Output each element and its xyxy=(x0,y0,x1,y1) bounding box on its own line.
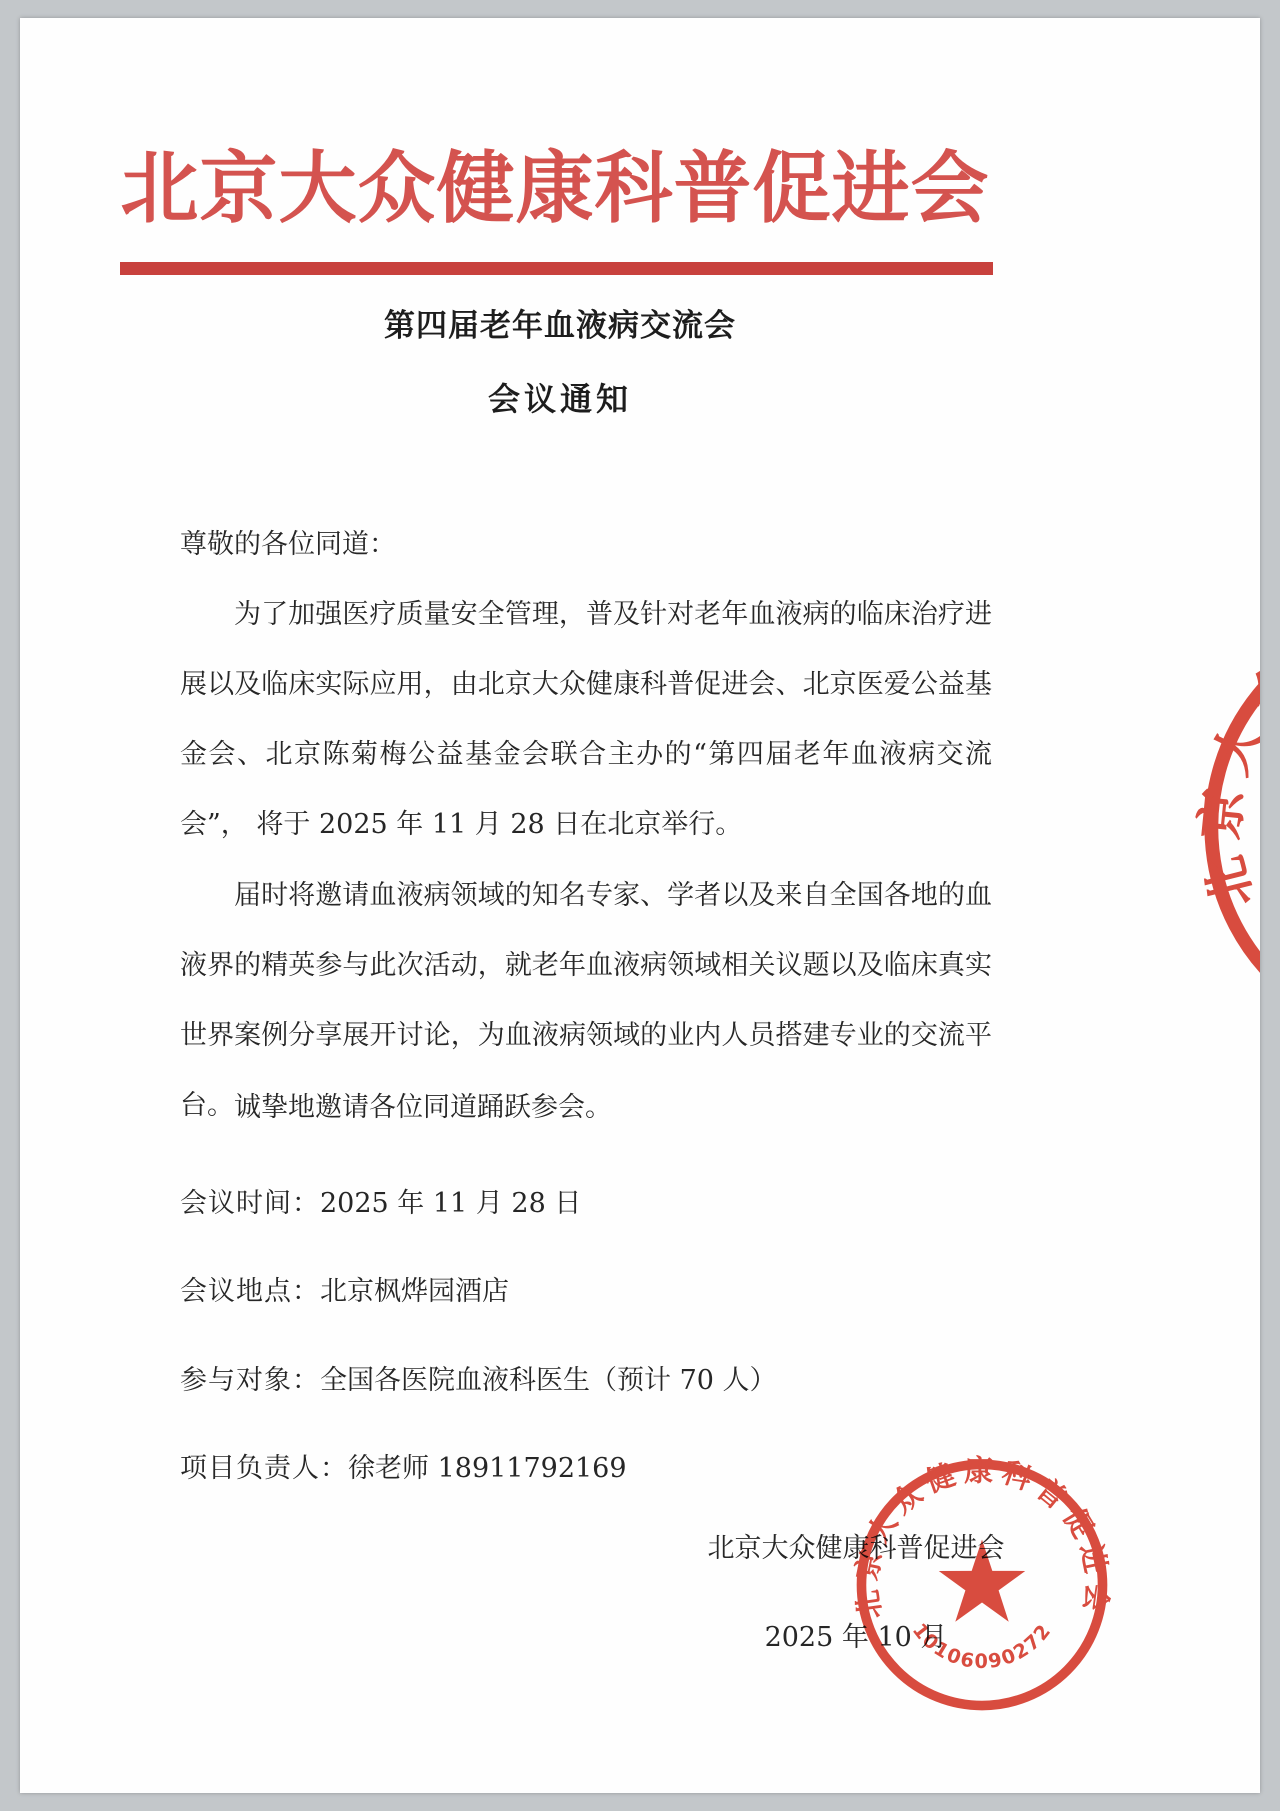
header-rule xyxy=(120,262,993,275)
org-header-title: 北京大众健康科普促进会 xyxy=(115,126,995,238)
detail-value: 全国各医院血液科医生（预计 70 人） xyxy=(320,1365,777,1396)
signature-date: 2025 年 10 月 xyxy=(682,1615,1030,1654)
paragraph-invitation: 诚挚地邀请各位同道踊跃参会。 xyxy=(180,1073,992,1143)
detail-value: 北京枫烨园酒店 xyxy=(320,1276,509,1307)
detail-label: 项目负责人： xyxy=(180,1453,348,1484)
seal-ring-text: 北京大众健康科普促进会 xyxy=(1170,575,1260,914)
detail-value: 2025 年 11 月 28 日 xyxy=(320,1188,581,1219)
detail-row-venue: 会议地点：北京枫烨园酒店 xyxy=(180,1269,992,1308)
detail-row-contact: 项目负责人：徐老师 18911792169 xyxy=(180,1446,992,1485)
detail-row-time: 会议时间：2025 年 11 月 28 日 xyxy=(180,1181,992,1220)
detail-label: 参与对象： xyxy=(180,1365,320,1396)
document-page: 北京大众健康科普促进会 第四届老年血液病交流会 会议通知 尊敬的各位同道： 为了… xyxy=(20,18,1260,1793)
svg-text:北京大众健康科普促进会: 北京大众健康科普促进会 xyxy=(1170,575,1260,914)
salutation: 尊敬的各位同道： xyxy=(180,522,396,561)
paragraph-1: 为了加强医疗质量安全管理，普及针对老年血液病的临床治疗进展以及临床实际应用，由北… xyxy=(180,580,992,860)
detail-label: 会议时间： xyxy=(180,1188,320,1219)
organization-seal: 北京大众健康科普促进会 1101060902728 xyxy=(851,1454,1113,1716)
detail-row-audience: 参与对象：全国各医院血液科医生（预计 70 人） xyxy=(180,1358,992,1397)
organization-seal-partial: 北京大众健康科普促进会 xyxy=(1170,575,1260,1079)
signature-org: 北京大众健康科普促进会 xyxy=(682,1526,1030,1565)
detail-value: 徐老师 18911792169 xyxy=(348,1453,627,1484)
conference-title: 第四届老年血液病交流会 xyxy=(120,300,1000,345)
notice-title: 会议通知 xyxy=(120,374,1000,420)
detail-label: 会议地点： xyxy=(180,1276,320,1307)
seal-ring xyxy=(1190,595,1260,1059)
seal-ring xyxy=(861,1464,1102,1705)
